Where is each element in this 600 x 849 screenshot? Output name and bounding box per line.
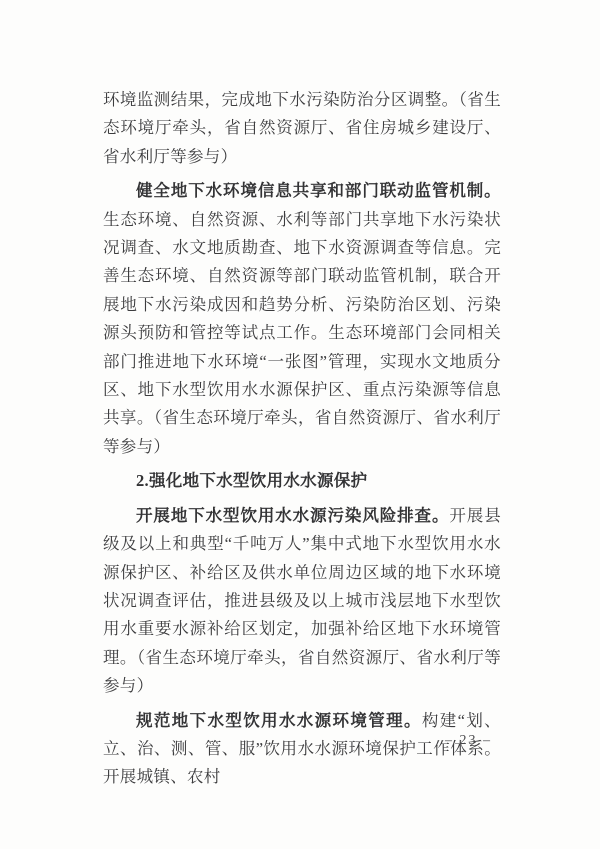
paragraph: 开展地下水型饮用水水源污染风险排查。开展县级及以上和典型“千吨万人”集中式地下水… bbox=[103, 502, 501, 701]
document-body: 环境监测结果，完成地下水污染防治分区调整。（省生态环境厅牵头，省自然资源厅、省住… bbox=[103, 86, 501, 792]
paragraph-text: 生态环境、自然资源、水利等部门共享地下水污染状况调查、水文地质勘查、地下水资源调… bbox=[103, 210, 501, 456]
paragraph-lead-bold: 健全地下水环境信息共享和部门联动监管机制。 bbox=[136, 181, 501, 200]
paragraph-lead-bold: 规范地下水型饮用水水源环境管理。 bbox=[136, 711, 422, 730]
section-heading-text: 2.强化地下水型饮用水水源保护 bbox=[136, 471, 367, 490]
paragraph: 规范地下水型饮用水水源环境管理。构建“划、立、治、测、管、服”饮用水水源环境保护… bbox=[103, 707, 501, 792]
paragraph: 健全地下水环境信息共享和部门联动监管机制。生态环境、自然资源、水利等部门共享地下… bbox=[103, 177, 501, 461]
paragraph-text: 环境监测结果，完成地下水污染防治分区调整。（省生态环境厅牵头，省自然资源厅、省住… bbox=[103, 90, 501, 166]
paragraph-lead-bold: 开展地下水型饮用水水源污染风险排查。 bbox=[136, 506, 449, 525]
section-heading: 2.强化地下水型饮用水水源保护 bbox=[103, 467, 501, 495]
paragraph-text: 开展县级及以上和典型“千吨万人”集中式地下水型饮用水水源保护区、补给区及供水单位… bbox=[103, 506, 501, 695]
paragraph-continuation: 环境监测结果，完成地下水污染防治分区调整。（省生态环境厅牵头，省自然资源厅、省住… bbox=[103, 86, 501, 171]
page-number: – 23 – bbox=[445, 733, 492, 749]
document-page: 环境监测结果，完成地下水污染防治分区调整。（省生态环境厅牵头，省自然资源厅、省住… bbox=[0, 0, 600, 849]
